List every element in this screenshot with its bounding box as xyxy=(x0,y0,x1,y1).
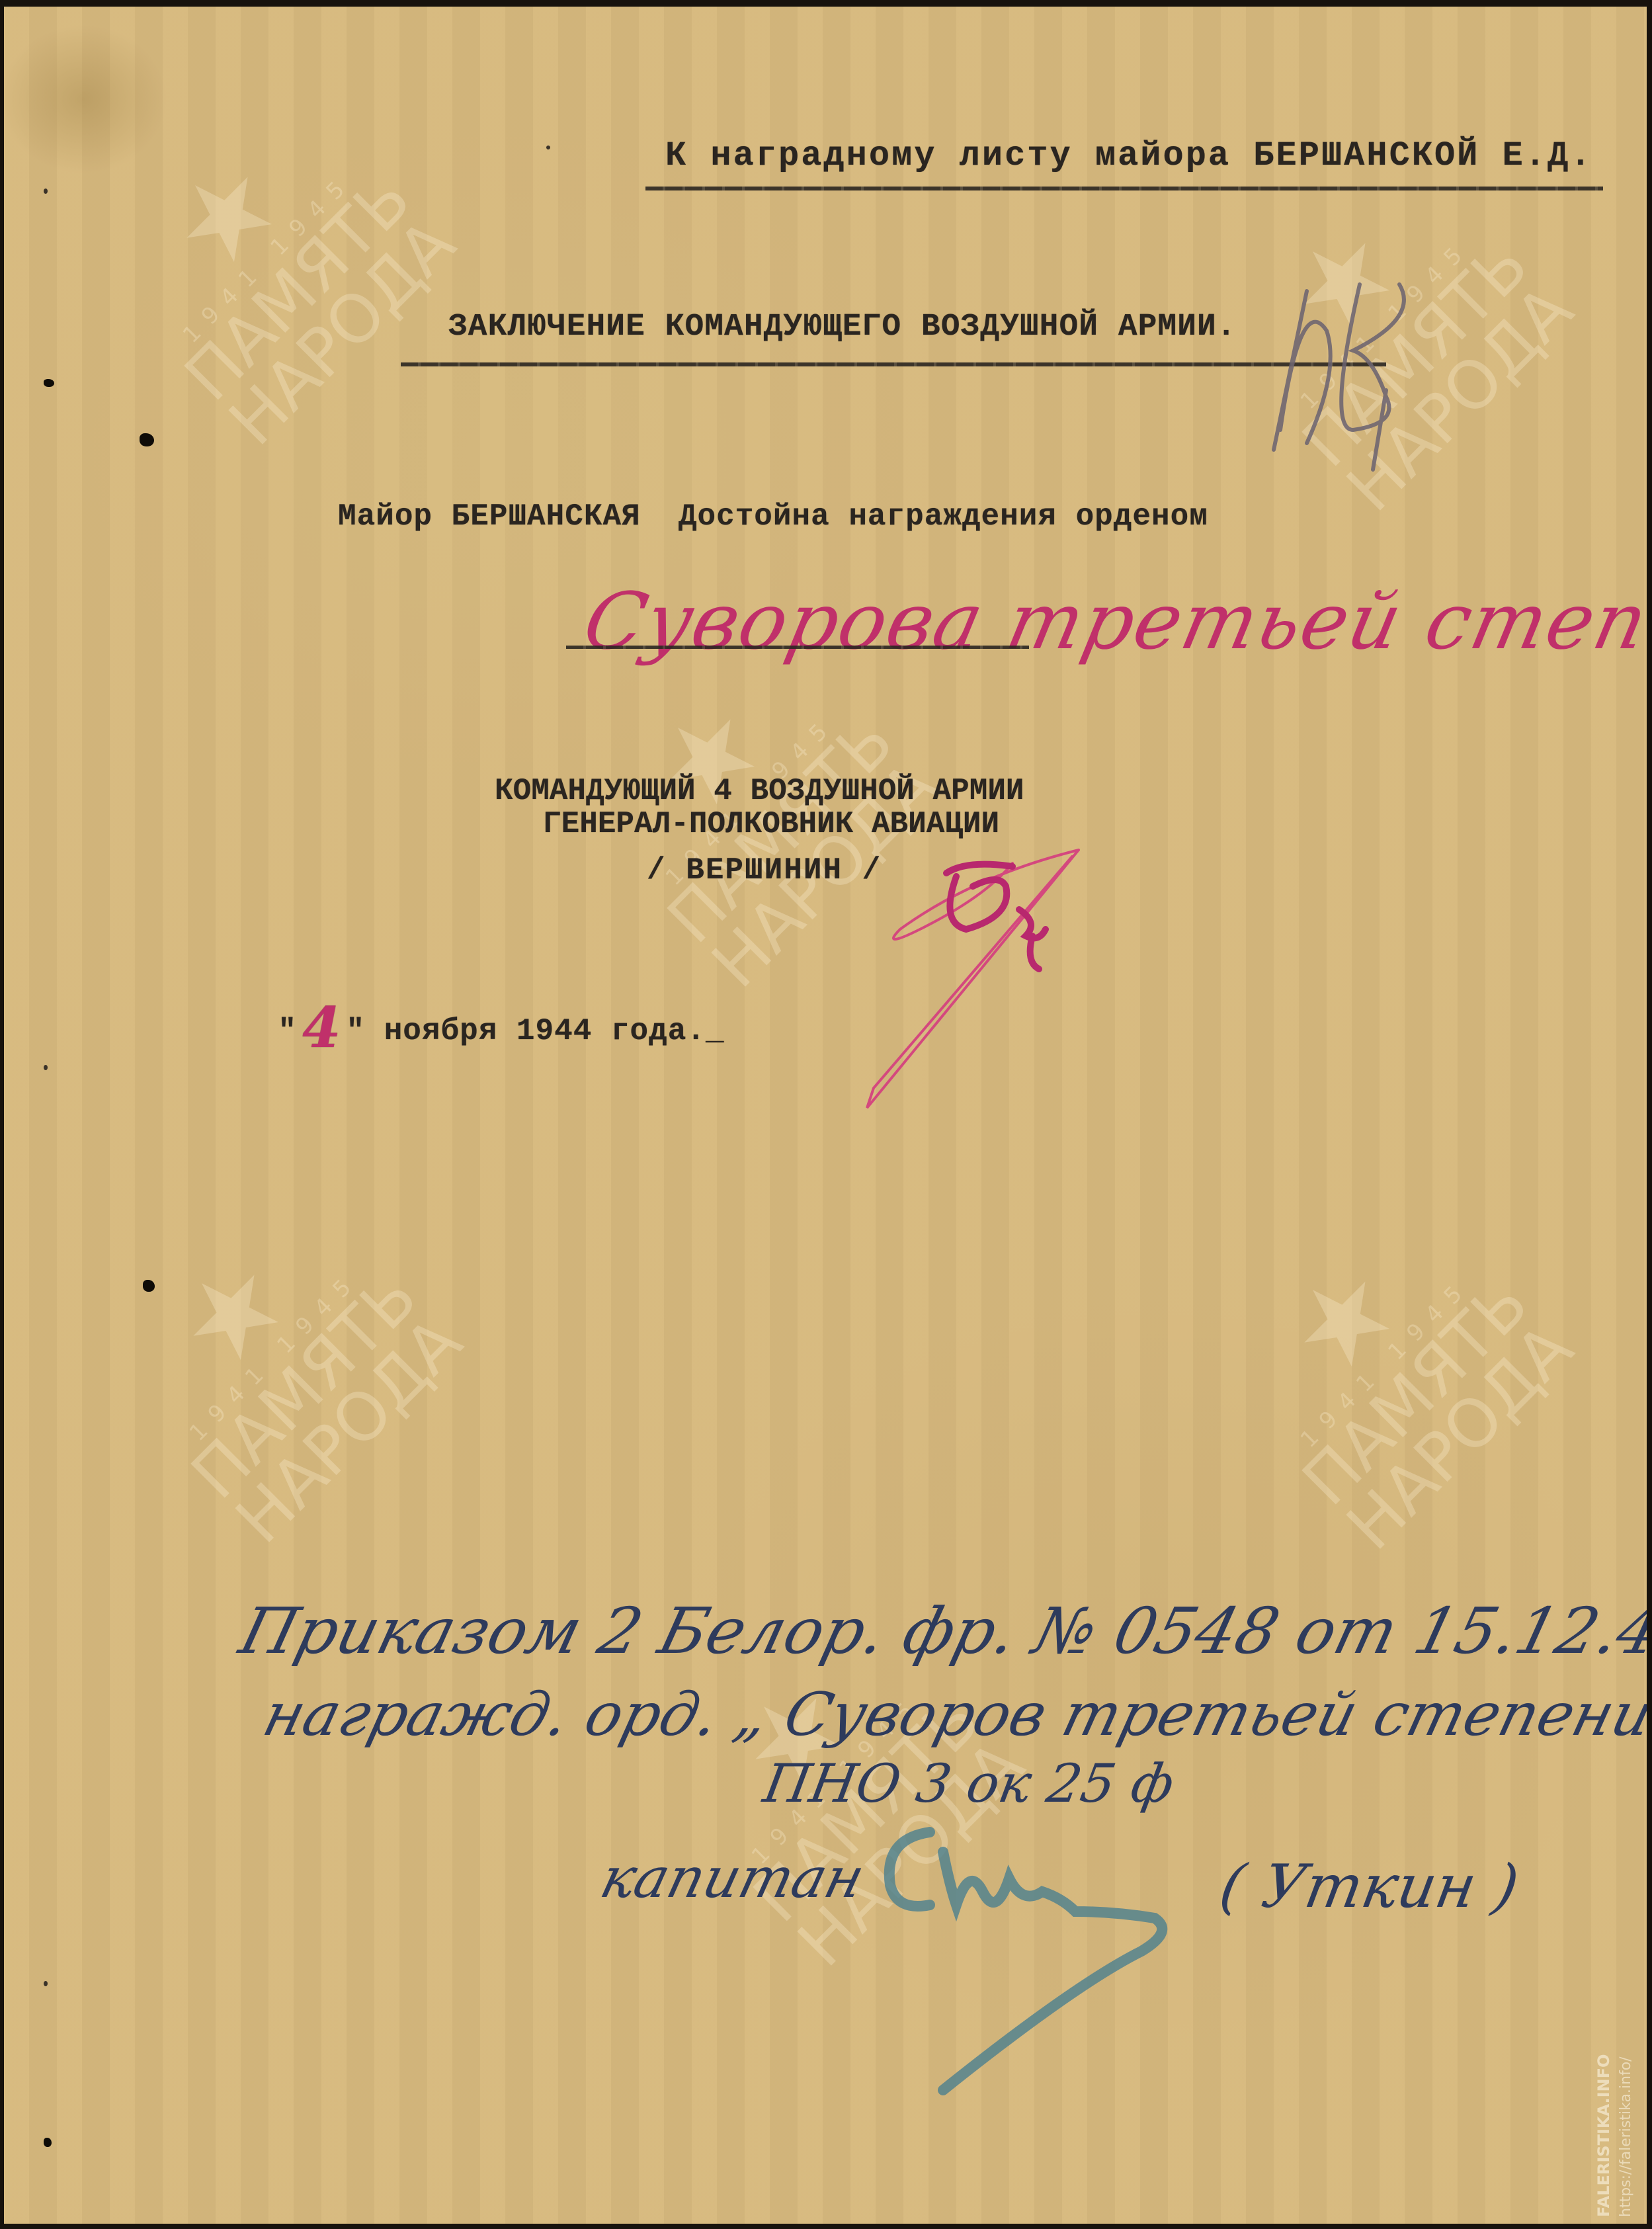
watermark: ★ 1941 1945 ПАМЯТЬ НАРОДА xyxy=(64,54,486,476)
header-underline xyxy=(645,187,1603,190)
punch-hole xyxy=(44,2138,52,2147)
ink-speck xyxy=(44,1065,48,1070)
document-title: ЗАКЛЮЧЕНИЕ КОМАНДУЮЩЕГО ВОЗДУШНОЙ АРМИИ. xyxy=(448,310,1237,345)
document-page: ★ 1941 1945 ПАМЯТЬ НАРОДА ★ 1941 1945 ПА… xyxy=(4,7,1647,2224)
registration-number-mark xyxy=(1254,278,1452,476)
source-stamp: FALERISTIKA.INFO xyxy=(1594,2048,1613,2217)
source-url: https://faleristika.info/ xyxy=(1618,2056,1634,2217)
award-note-line-1: Приказом 2 Белор. фр. № 0548 от 15.12.44… xyxy=(233,1594,1647,1668)
handwritten-award-degree: Суворова третьей степени xyxy=(576,575,1647,667)
punch-hole xyxy=(140,433,154,446)
award-underline xyxy=(566,646,1029,649)
document-header: К наградному листу майора БЕРШАНСКОЙ Е.Д… xyxy=(665,136,1592,175)
title-underline xyxy=(401,362,1386,366)
watermark: ★ 1941 1945 ПАМЯТЬ НАРОДА xyxy=(71,1152,493,1574)
date-line: "4" ноября 1944 года._ xyxy=(202,952,725,1087)
date-day: 4 xyxy=(302,995,341,1060)
award-note-line-2: награжд. орд. „ Суворов третьей степени xyxy=(257,1680,1647,1749)
watermark: ★ 1941 1945 ПАМЯТЬ НАРОДА xyxy=(1182,1159,1604,1581)
commander-signature xyxy=(841,837,1118,1114)
star-icon: ★ xyxy=(71,1152,393,1475)
captain-signature xyxy=(877,1812,1247,2117)
punch-hole xyxy=(143,1280,155,1292)
award-note-line-3: ПНО 3 ок 25 ф xyxy=(759,1753,1178,1814)
award-note-signer: ( Уткин ) xyxy=(1215,1852,1524,1921)
star-icon: ★ xyxy=(64,54,387,377)
ink-speck xyxy=(546,146,550,149)
ink-speck xyxy=(44,189,48,194)
commander-title: КОМАНДУЮЩИЙ 4 ВОЗДУШНОЙ АРМИИ xyxy=(495,774,1024,808)
conclusion-line: Майор БЕРШАНСКАЯ Достойна награждения ор… xyxy=(338,499,1208,534)
award-note-rank: капитан xyxy=(595,1845,871,1910)
star-icon: ★ xyxy=(1182,1159,1505,1482)
ink-speck xyxy=(44,1981,48,1986)
punch-hole xyxy=(44,379,54,387)
